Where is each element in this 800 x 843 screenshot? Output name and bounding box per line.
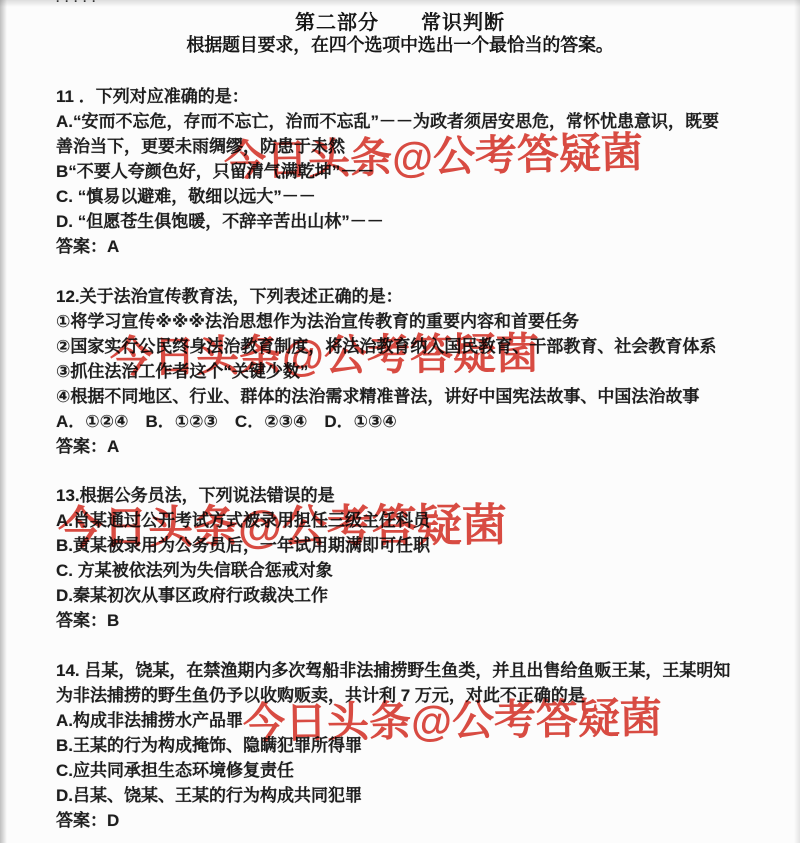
question-stem: 12.关于法治宣传教育法，下列表述正确的是： [56, 284, 790, 309]
statement-4: ④根据不同地区、行业、群体的法治需求精准普法，讲好中国宪法故事、中国法治故事 [56, 384, 790, 409]
option-d: D. “但愿苍生俱饱暖，不辞辛苦出山林”－－ [56, 209, 790, 234]
question-stem: 13.根据公务员法，下列说法错误的是 [56, 483, 790, 508]
option-d: D.吕某、饶某、王某的行为构成共同犯罪 [56, 783, 790, 808]
option-d: D.秦某初次从事区政府行政裁决工作 [56, 583, 790, 608]
option-a: A.“安而不忘危，存而不忘亡，治而不忘乱”－－为政者须居安思危，常怀忧患意识，既… [56, 109, 790, 134]
option-a: A.肖某通过公开考试方式被录用担任三级主任科员 [56, 508, 790, 533]
option-a: A.构成非法捕捞水产品罪 [56, 708, 790, 733]
question-14: 14. 吕某，饶某，在禁渔期内多次驾船非法捕捞野生鱼类，并且出售给鱼贩王某，王某… [56, 658, 790, 833]
question-12: 12.关于法治宣传教育法，下列表述正确的是： ①将学习宣传※※※法治思想作为法治… [56, 284, 790, 459]
question-stem-continued: 为非法捕捞的野生鱼仍予以收购贩卖，共计利 7 万元，对此不正确的是 [56, 683, 790, 708]
option-c: C. “慎易以避难，敬细以远大”－－ [56, 184, 790, 209]
option-c: C.应共同承担生态环境修复责任 [56, 758, 790, 783]
option-b: B.黄某被录用为公务员后，一年试用期满即可任职 [56, 533, 790, 558]
option-b: B.王某的行为构成掩饰、隐瞒犯罪所得罪 [56, 733, 790, 758]
statement-3: ③抓住法治工作者这个“关键少数” [56, 359, 790, 384]
question-11: 11 ．下列对应准确的是： A.“安而不忘危，存而不忘亡，治而不忘乱”－－为政者… [56, 84, 790, 259]
statement-2: ②国家实行公民终身法治教育制度，将法治教育纳入国民教育、干部教育、社会教育体系 [56, 334, 790, 359]
option-a-continued: 善治当下，更要未雨绸缪，防患于未然 [56, 134, 790, 159]
question-13: 13.根据公务员法，下列说法错误的是 A.肖某通过公开考试方式被录用担任三级主任… [56, 483, 790, 633]
question-stem: 14. 吕某，饶某，在禁渔期内多次驾船非法捕捞野生鱼类，并且出售给鱼贩王某，王某… [56, 658, 790, 683]
scan-edge-right [794, 0, 800, 843]
answer-line: 答案：B [56, 608, 790, 633]
exam-page: ····· 第二部分 常识判断 根据题目要求，在四个选项中选出一个最恰当的答案。… [0, 0, 800, 843]
answer-line: 答案：D [56, 808, 790, 833]
answer-line: 答案：A [56, 434, 790, 459]
option-b: B“不要人夸颜色好，只留清气满乾坤”－－ [56, 159, 790, 184]
statement-1: ①将学习宣传※※※法治思想作为法治宣传教育的重要内容和首要任务 [56, 309, 790, 334]
section-instructions: 根据题目要求，在四个选项中选出一个最恰当的答案。 [0, 31, 800, 57]
option-c: C. 方某被依法列为失信联合惩戒对象 [56, 558, 790, 583]
options-row: A．①②④ B．①②③ C．②③④ D．①③④ [56, 409, 790, 434]
question-stem: 11 ．下列对应准确的是： [56, 84, 790, 109]
scan-edge-left [0, 0, 7, 843]
answer-line: 答案：A [56, 234, 790, 259]
